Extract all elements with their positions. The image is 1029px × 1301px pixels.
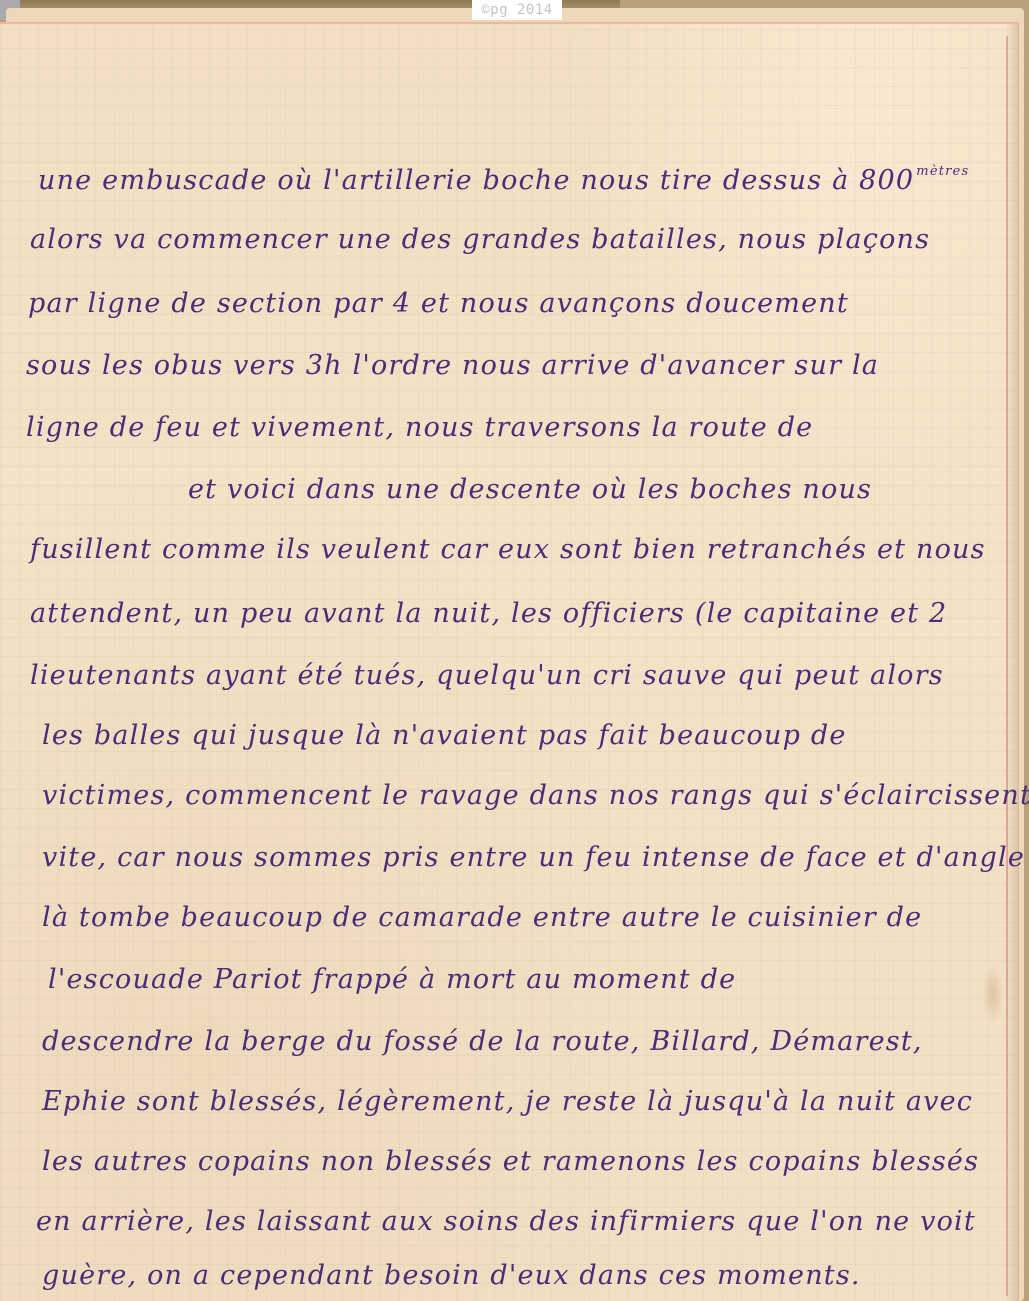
handwritten-line-8: attendent, un peu avant la nuit, les off… bbox=[30, 598, 947, 629]
handwritten-line-13: là tombe beaucoup de camarade entre autr… bbox=[42, 902, 922, 933]
handwritten-line-19: guère, on a cependant besoin d'eux dans … bbox=[42, 1260, 861, 1291]
handwritten-line-16: Ephie sont blessés, légèrement, je reste… bbox=[42, 1086, 973, 1117]
handwritten-line-2: alors va commencer une des grandes batai… bbox=[30, 224, 930, 255]
copyright-watermark: ©pg 2014 bbox=[472, 0, 562, 20]
handwritten-line-11: victimes, commencent le ravage dans nos … bbox=[42, 780, 1029, 811]
superscript-unit: mètres bbox=[916, 164, 969, 179]
handwritten-line-10: les balles qui jusque là n'avaient pas f… bbox=[42, 720, 847, 751]
handwritten-line-17: les autres copains non blessés et rameno… bbox=[42, 1146, 979, 1177]
handwritten-line-14: l'escouade Pariot frappé à mort au momen… bbox=[48, 964, 736, 995]
handwritten-line-1: une embuscade où l'artillerie boche nous… bbox=[38, 164, 969, 196]
handwritten-line-18: en arrière, les laissant aux soins des i… bbox=[36, 1206, 976, 1237]
line-text: une embuscade où l'artillerie boche nous… bbox=[38, 165, 914, 196]
handwritten-line-9: lieutenants ayant été tués, quelqu'un cr… bbox=[30, 660, 944, 691]
handwritten-line-5: ligne de feu et vivement, nous traverson… bbox=[26, 412, 813, 443]
handwritten-text: une embuscade où l'artillerie boche nous… bbox=[0, 24, 1018, 1301]
scanned-page: ©pg 2014 une embuscade où l'artillerie b… bbox=[0, 0, 1029, 1301]
handwritten-line-12: vite, car nous sommes pris entre un feu … bbox=[42, 842, 1025, 873]
handwritten-line-6: et voici dans une descente où les boches… bbox=[188, 474, 872, 505]
handwritten-line-4: sous les obus vers 3h l'ordre nous arriv… bbox=[26, 350, 879, 381]
handwritten-line-3: par ligne de section par 4 et nous avanç… bbox=[28, 288, 849, 319]
handwritten-line-7: fusillent comme ils veulent car eux sont… bbox=[30, 534, 986, 565]
handwritten-line-15: descendre la berge du fossé de la route,… bbox=[42, 1026, 923, 1057]
notebook-page: une embuscade où l'artillerie boche nous… bbox=[0, 22, 1018, 1301]
